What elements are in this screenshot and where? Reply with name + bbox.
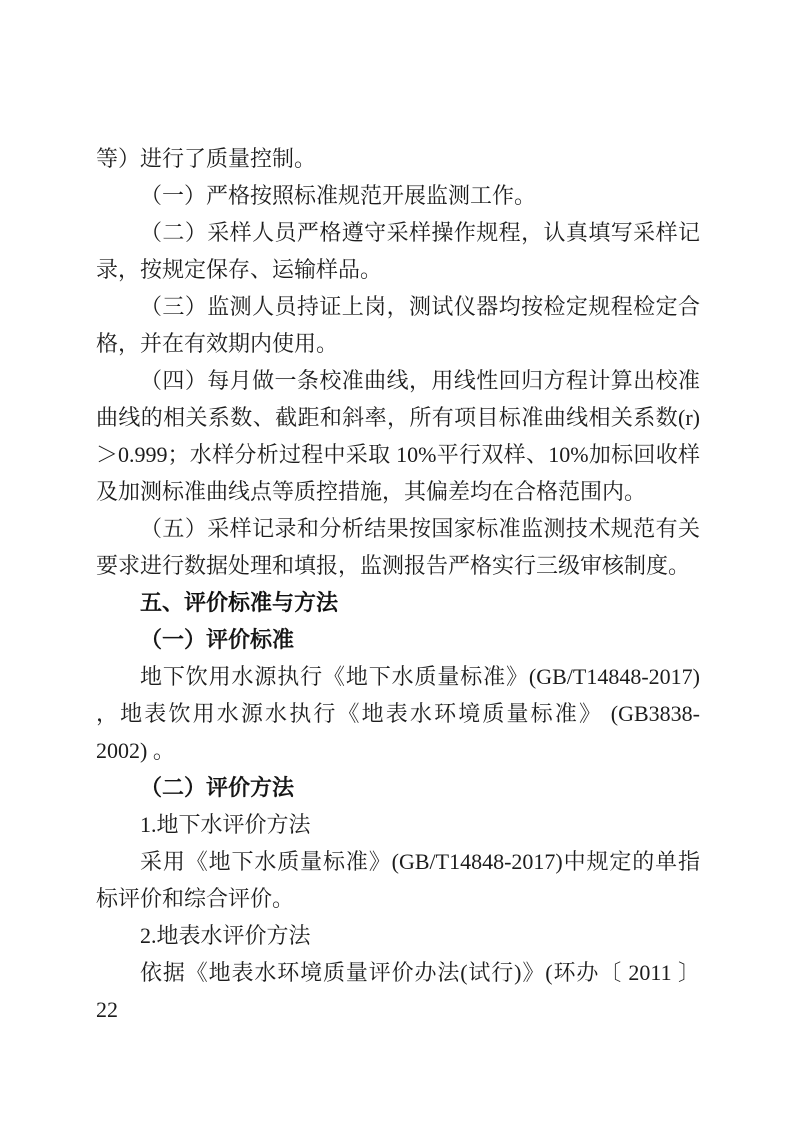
subheading-evaluation-standard: （一）评价标准 [96, 621, 700, 658]
paragraph-item-4: （四）每月做一条校准曲线，用线性回归方程计算出校准曲线的相关系数、截距和斜率，所… [96, 362, 700, 510]
paragraph-surfacewater-method-body: 依据《地表水环境质量评价办法(试行)》(环办〔 2011 〕22 [96, 954, 700, 1028]
subheading-evaluation-method: （二）评价方法 [96, 769, 700, 806]
paragraph-evaluation-standard-body: 地下饮用水源执行《地下水质量标准》(GB/T14848-2017) ，地表饮用水… [96, 658, 700, 769]
paragraph-surfacewater-method-title: 2.地表水评价方法 [96, 917, 700, 954]
paragraph-item-3: （三）监测人员持证上岗，测试仪器均按检定规程检定合格，并在有效期内使用。 [96, 288, 700, 362]
section-heading-evaluation-standards-methods: 五、评价标准与方法 [96, 584, 700, 621]
paragraph-item-5: （五）采样记录和分析结果按国家标准监测技术规范有关要求进行数据处理和填报，监测报… [96, 510, 700, 584]
document-page: 等）进行了质量控制。 （一）严格按照标准规范开展监测工作。 （二）采样人员严格遵… [0, 0, 793, 1122]
document-content: 等）进行了质量控制。 （一）严格按照标准规范开展监测工作。 （二）采样人员严格遵… [96, 140, 700, 1028]
paragraph-item-2: （二）采样人员严格遵守采样操作规程，认真填写采样记录，按规定保存、运输样品。 [96, 214, 700, 288]
paragraph-item-1: （一）严格按照标准规范开展监测工作。 [96, 177, 700, 214]
paragraph-quality-control-tail: 等）进行了质量控制。 [96, 140, 700, 177]
paragraph-groundwater-method-body: 采用《地下水质量标准》(GB/T14848-2017)中规定的单指标评价和综合评… [96, 843, 700, 917]
paragraph-groundwater-method-title: 1.地下水评价方法 [96, 806, 700, 843]
